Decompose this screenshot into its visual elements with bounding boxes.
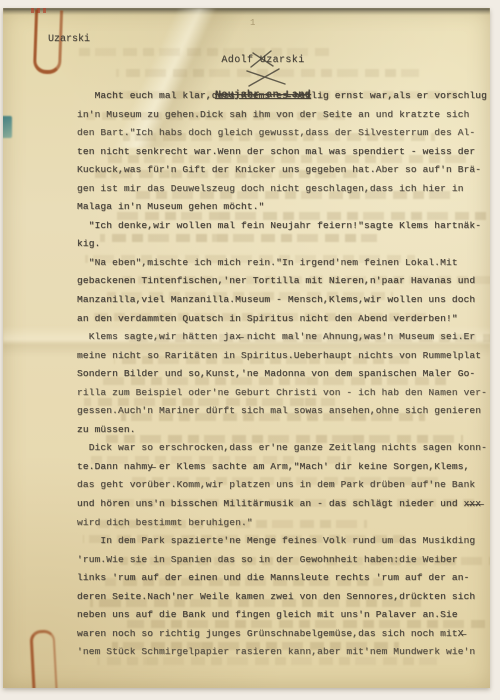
text-line: In dem Park spazierte'ne Menge feines Vo…: [77, 532, 489, 551]
text-line: und hören uns'n bisschen Militärmusik an…: [77, 495, 489, 514]
text-line: deren Seite.Nach'ner Weile kamen zwei vo…: [77, 588, 489, 607]
text-line: Malaga in'n Museum gehen möcht.": [77, 198, 489, 217]
text-line: rilla zum Beispiel oder'ne Geburt Christ…: [77, 384, 489, 403]
text-line: wird dich bestimmt beruhigen.": [77, 514, 489, 533]
text-line: "Na eben",mischte ich mich rein."In irge…: [77, 254, 489, 273]
text-line: Klems sagte,wir hätten jax̶ nicht mal'ne…: [77, 328, 489, 347]
text-line: neben uns auf die Bank und fingen gleich…: [77, 606, 489, 625]
text-line: meine nicht so Raritäten in Spiritus.Ueb…: [77, 347, 489, 366]
text-line: 'rum.Wie sie in Spanien das so in der Ge…: [77, 551, 489, 570]
text-line: zu müssen.: [77, 421, 489, 440]
text-line: in'n Museum zu gehen.Dick sah ihm von de…: [77, 106, 489, 125]
text-line: Sondern Bilder und so,Kunst,'ne Madonna …: [77, 365, 489, 384]
text-line: gebackenen Tintenfischen,'ner Tortilla m…: [77, 272, 489, 291]
text-line: links 'rum auf der einen und die Mannsle…: [77, 569, 489, 588]
scanned-page: 1 Uzarski Adolf Uzarski Neujahr an Land …: [0, 0, 500, 700]
text-line: "Ich denke,wir wollen mal fein Neujahr f…: [77, 217, 489, 236]
text-line: waren noch so richtig junges Grünschnabe…: [77, 625, 489, 644]
text-line: Manzanilla,viel Manzanilla.Museum - Mens…: [77, 291, 489, 310]
text-line: gen ist mir das Deuwelszeug doch nicht g…: [77, 180, 489, 199]
text-line: gessen.Auch'n Mariner dürft sich mal sow…: [77, 402, 489, 421]
text-line: den Bart."Ich habs doch gleich gewusst,d…: [77, 124, 489, 143]
text-line: Macht euch mal klar,dass Klems es heilig…: [77, 87, 489, 106]
text-line: 'nem Stück Schmirgelpapier rasieren kann…: [77, 643, 489, 662]
text-line: ten nicht senkrecht war.Wenn der schon m…: [77, 143, 489, 162]
text-line: Dick war so erschrocken,dass er'ne ganze…: [77, 439, 489, 458]
text-line: Kuckuck,was für'n Gift der Knicker uns g…: [77, 161, 489, 180]
typed-text-body: Macht euch mal klar,dass Klems es heilig…: [77, 87, 489, 662]
document-title: Adolf Uzarski: [33, 55, 490, 66]
text-line: das geht vorüber.Komm,wir platzen uns in…: [77, 476, 489, 495]
paper-sheet: 1 Uzarski Adolf Uzarski Neujahr an Land …: [3, 8, 490, 688]
page-number: 1: [250, 18, 255, 28]
text-line: an den verdammten Quatsch in Spiritus ni…: [77, 310, 489, 329]
author-header: Uzarski: [48, 34, 90, 45]
text-line: kig.: [77, 235, 489, 254]
red-pen-mark: [31, 8, 49, 13]
teal-pencil-mark: [3, 116, 12, 138]
text-line: te.Dann nahmy̶ er Klems sachte am Arm,"M…: [77, 458, 489, 477]
